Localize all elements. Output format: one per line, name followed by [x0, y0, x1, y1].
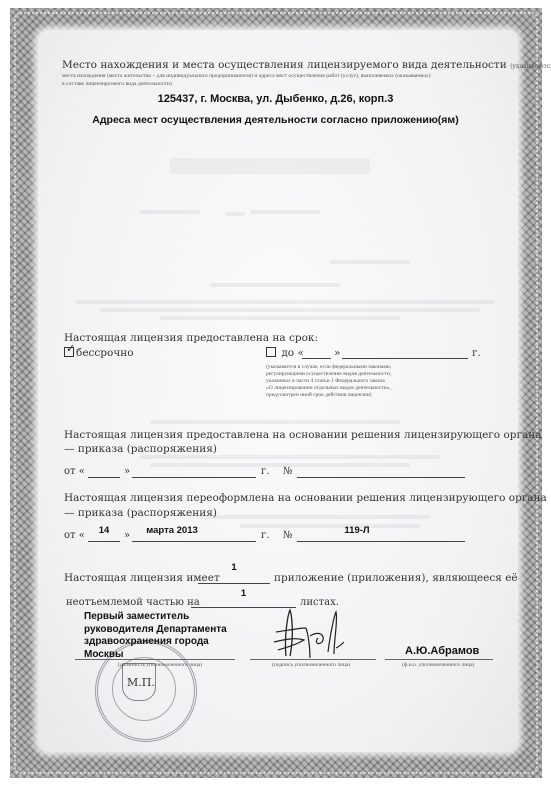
address: 125437, г. Москва, ул. Дыбенко, д.26, ко…: [0, 93, 551, 105]
address-note: Адреса мест осуществления деятельности с…: [0, 114, 551, 126]
reissued-month-year-value: марта 2013: [132, 525, 212, 536]
position-line: здравоохранения города: [84, 636, 227, 649]
signature-icon: [270, 606, 380, 662]
granted-text-line1: Настоящая лицензия предоставлена на осно…: [64, 429, 542, 441]
indefinite-checkbox[interactable]: ✓: [64, 347, 74, 357]
location-note-line2: места нахождения (места жительства – для…: [62, 73, 430, 80]
location-heading: Место нахождения и места осуществления л…: [62, 59, 551, 71]
signature-caption: (подпись уполномоченного лица): [272, 662, 350, 669]
granted-text-line2: — приказа (распоряжения): [64, 443, 217, 455]
term-option-indefinite[interactable]: ✓бессрочно: [64, 347, 134, 359]
until-date-field[interactable]: [342, 358, 468, 359]
reissued-number-label: №: [283, 530, 292, 541]
footnote-line: предусмотрен иной срок действия лицензии…: [266, 392, 391, 399]
reissued-month-year-field[interactable]: [132, 541, 256, 542]
position-line: Первый заместитель: [84, 611, 227, 624]
name-caption: (ф.и.о. уполномоченного лица): [402, 662, 474, 669]
appendix-count-field[interactable]: [198, 583, 270, 584]
reissued-text-line1: Настоящая лицензия переоформлена на осно…: [64, 492, 547, 504]
reissued-text-line2: — приказа (распоряжения): [64, 507, 217, 519]
granted-month-year-field[interactable]: [132, 477, 256, 478]
footnote-line: регулирующими осуществление видов деятел…: [266, 371, 391, 378]
until-checkbox[interactable]: [266, 347, 276, 357]
location-note-inline: (указываются адрес: [510, 63, 551, 70]
signatory-name: А.Ю.Абрамов: [405, 645, 479, 657]
reissued-number-value: 119-Л: [297, 525, 417, 536]
granted-quote-close: »: [124, 466, 130, 477]
position-line-rule: [75, 659, 235, 660]
appendix-count-value: 1: [198, 562, 270, 573]
term-footnote: (указывается в случае, если федеральными…: [266, 364, 391, 399]
reissued-day-field[interactable]: [88, 541, 120, 542]
reissued-number-field[interactable]: [297, 541, 465, 542]
position-caption: (должность уполномоченного лица): [118, 662, 202, 669]
granted-year-suffix: г.: [261, 466, 269, 477]
position-line: руководителя Департамента: [84, 624, 227, 637]
signatory-position: Первый заместитель руководителя Департам…: [84, 611, 227, 661]
reissued-quote-close: »: [124, 530, 130, 541]
footnote-line: указанных в части 4 статьи 1 Федеральног…: [266, 378, 391, 385]
term-label: Настоящая лицензия предоставлена на срок…: [64, 332, 318, 344]
footnote-line: «О лицензировании отдельных видов деятел…: [266, 385, 391, 392]
until-prefix: до «: [281, 347, 304, 359]
appendix-line1-prefix: Настоящая лицензия имеет: [64, 572, 220, 584]
appendix-line2-prefix: неотъемлемой частью на: [66, 597, 200, 608]
appendix-sheets-value: 1: [191, 588, 296, 599]
until-day-field[interactable]: [302, 358, 331, 359]
stamp-label: М.П.: [127, 676, 155, 689]
reissued-year-suffix: г.: [261, 530, 269, 541]
location-note-line3: в составе лицензируемого вида деятельнос…: [62, 81, 172, 88]
indefinite-label: бессрочно: [76, 347, 134, 359]
granted-day-field[interactable]: [88, 477, 120, 478]
signature-line-rule: [250, 659, 376, 660]
footnote-line: (указывается в случае, если федеральными…: [266, 364, 391, 371]
reissued-day-value: 14: [88, 525, 120, 536]
location-heading-text: Место нахождения и места осуществления л…: [62, 59, 507, 71]
checkmark-icon: ✓: [66, 342, 75, 355]
reissued-from-label: от «: [64, 530, 85, 541]
granted-from-label: от «: [64, 466, 85, 477]
granted-number-label: №: [283, 466, 292, 477]
granted-number-field[interactable]: [297, 477, 465, 478]
until-mid: »: [334, 347, 340, 359]
until-suffix: г.: [472, 347, 481, 359]
name-line-rule: [385, 659, 493, 660]
term-option-until[interactable]: до «: [266, 347, 304, 359]
appendix-line1-suffix: приложение (приложения), являющееся её: [274, 572, 518, 584]
